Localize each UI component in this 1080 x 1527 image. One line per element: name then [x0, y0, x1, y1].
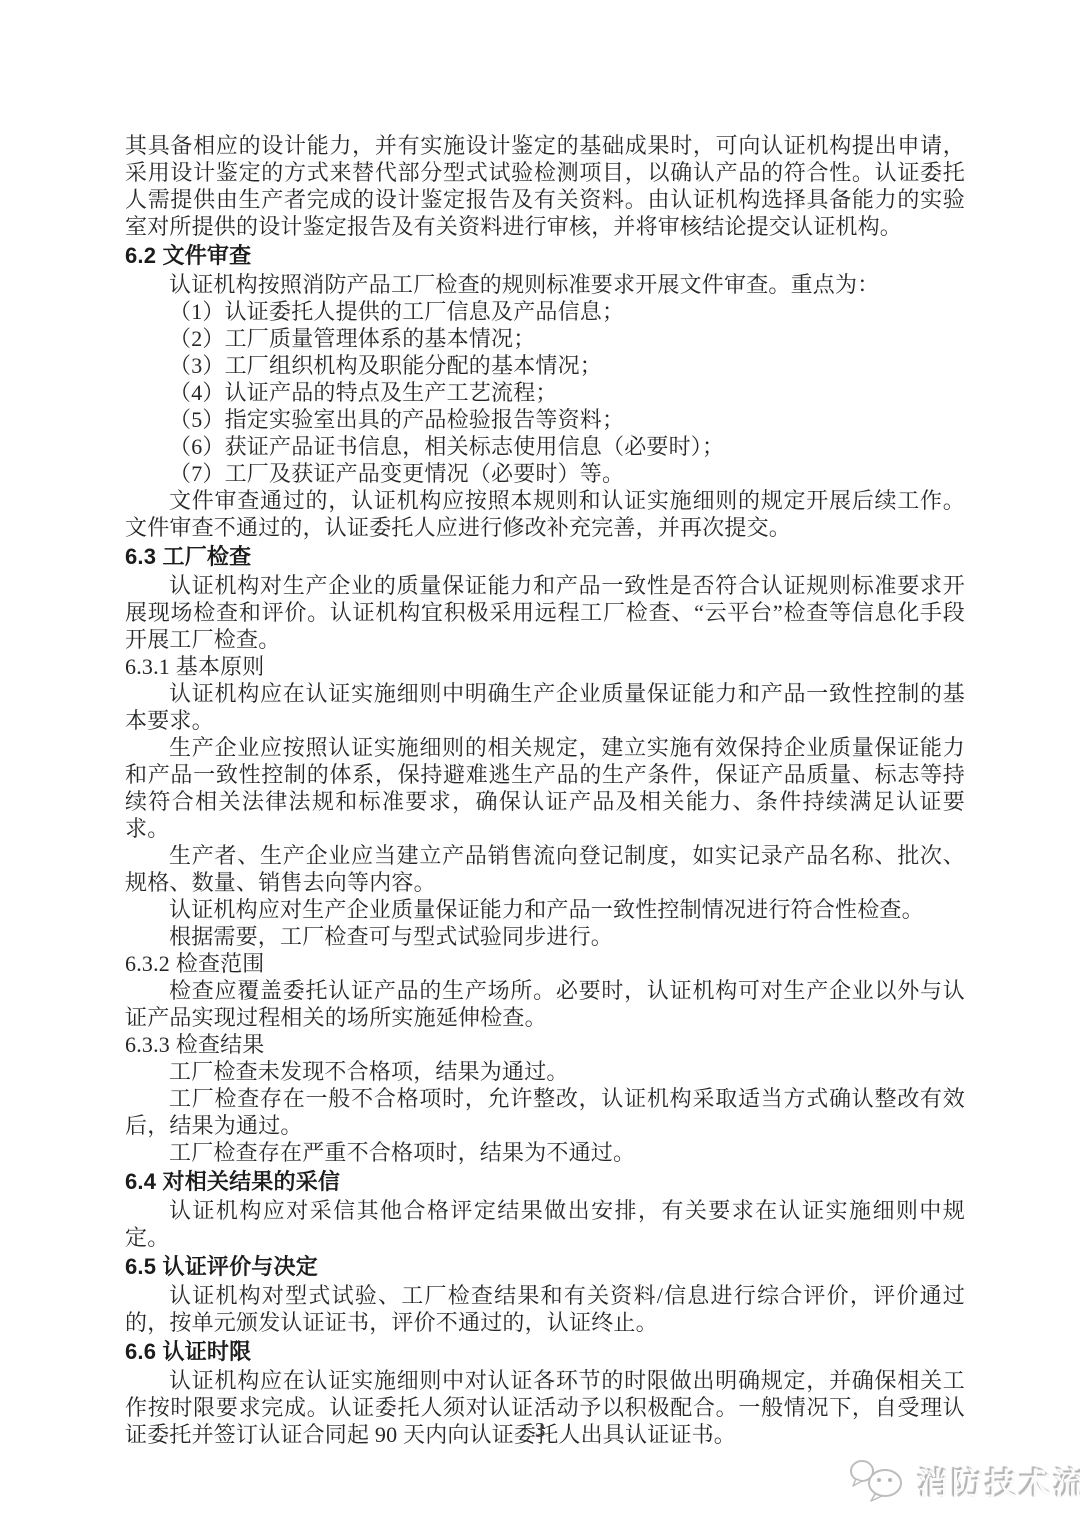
- paragraph: 认证机构应在认证实施细则中明确生产企业质量保证能力和产品一致性控制的基本要求。: [125, 680, 965, 734]
- paragraph: 工厂检查存在严重不合格项时，结果为不通过。: [125, 1139, 965, 1166]
- document-body: 其具备相应的设计能力，并有实施设计鉴定的基础成果时，可向认证机构提出申请，采用设…: [125, 132, 965, 1448]
- paragraph: 认证机构对生产企业的质量保证能力和产品一致性是否符合认证规则标准要求开展现场检查…: [125, 572, 965, 653]
- section-title: 认证时限: [163, 1339, 252, 1364]
- section-heading: 6.3 工厂检查: [125, 543, 965, 570]
- list-item: （6）获证产品证书信息，相关标志使用信息（必要时）；: [125, 433, 965, 460]
- section-number: 6.3.3: [125, 1032, 170, 1057]
- paragraph: 工厂检查存在一般不合格项时，允许整改，认证机构采取适当方式确认整改有效后，结果为…: [125, 1085, 965, 1139]
- list-item: （7）工厂及获证产品变更情况（必要时）等。: [125, 460, 965, 487]
- list-item: （4）认证产品的特点及生产工艺流程；: [125, 379, 965, 406]
- paragraph: 认证机构应对采信其他合格评定结果做出安排，有关要求在认证实施细则中规定。: [125, 1197, 965, 1251]
- section-title: 检查范围: [176, 951, 265, 976]
- section-title: 认证评价与决定: [163, 1254, 318, 1279]
- list-item: （2）工厂质量管理体系的基本情况；: [125, 325, 965, 352]
- section-number: 6.5: [125, 1254, 156, 1279]
- watermark-label: 消防技术流: [918, 1459, 1080, 1504]
- list-item: （1）认证委托人提供的工厂信息及产品信息；: [125, 298, 965, 325]
- section-number: 6.3: [125, 544, 156, 569]
- section-title: 基本原则: [176, 654, 265, 679]
- subsection-heading: 6.3.2 检查范围: [125, 950, 965, 977]
- section-title: 工厂检查: [163, 544, 252, 569]
- document-page: 其具备相应的设计能力，并有实施设计鉴定的基础成果时，可向认证机构提出申请，采用设…: [0, 0, 1080, 1527]
- section-heading: 6.6 认证时限: [125, 1338, 965, 1365]
- section-heading: 6.4 对相关结果的采信: [125, 1168, 965, 1195]
- paragraph: 根据需要，工厂检查可与型式试验同步进行。: [125, 923, 965, 950]
- paragraph: 生产者、生产企业应当建立产品销售流向登记制度，如实记录产品名称、批次、规格、数量…: [125, 842, 965, 896]
- subsection-heading: 6.3.1 基本原则: [125, 653, 965, 680]
- section-number: 6.3.2: [125, 951, 170, 976]
- paragraph: 工厂检查未发现不合格项，结果为通过。: [125, 1058, 965, 1085]
- section-number: 6.4: [125, 1169, 156, 1194]
- section-heading: 6.5 认证评价与决定: [125, 1253, 965, 1280]
- wechat-icon: [848, 1456, 908, 1506]
- paragraph: 生产企业应按照认证实施细则的相关规定，建立实施有效保持企业质量保证能力和产品一致…: [125, 734, 965, 842]
- section-title: 文件审查: [163, 243, 252, 268]
- section-title: 检查结果: [176, 1032, 265, 1057]
- subsection-heading: 6.3.3 检查结果: [125, 1031, 965, 1058]
- list-item: （3）工厂组织机构及职能分配的基本情况；: [125, 352, 965, 379]
- section-title: 对相关结果的采信: [163, 1169, 341, 1194]
- paragraph: 其具备相应的设计能力，并有实施设计鉴定的基础成果时，可向认证机构提出申请，采用设…: [125, 132, 965, 240]
- paragraph: 认证机构按照消防产品工厂检查的规则标准要求开展文件审查。重点为：: [125, 271, 965, 298]
- section-number: 6.2: [125, 243, 156, 268]
- page-number: 3: [0, 1418, 1080, 1443]
- list-item: （5）指定实验室出具的产品检验报告等资料；: [125, 406, 965, 433]
- watermark: 消防技术流: [848, 1456, 1080, 1506]
- section-number: 6.6: [125, 1339, 156, 1364]
- paragraph: 检查应覆盖委托认证产品的生产场所。必要时，认证机构可对生产企业以外与认证产品实现…: [125, 977, 965, 1031]
- paragraph: 认证机构应对生产企业质量保证能力和产品一致性控制情况进行符合性检查。: [125, 896, 965, 923]
- section-heading: 6.2 文件审查: [125, 242, 965, 269]
- paragraph: 认证机构对型式试验、工厂检查结果和有关资料/信息进行综合评价，评价通过的，按单元…: [125, 1282, 965, 1336]
- paragraph: 文件审查通过的，认证机构应按照本规则和认证实施细则的规定开展后续工作。文件审查不…: [125, 487, 965, 541]
- section-number: 6.3.1: [125, 654, 170, 679]
